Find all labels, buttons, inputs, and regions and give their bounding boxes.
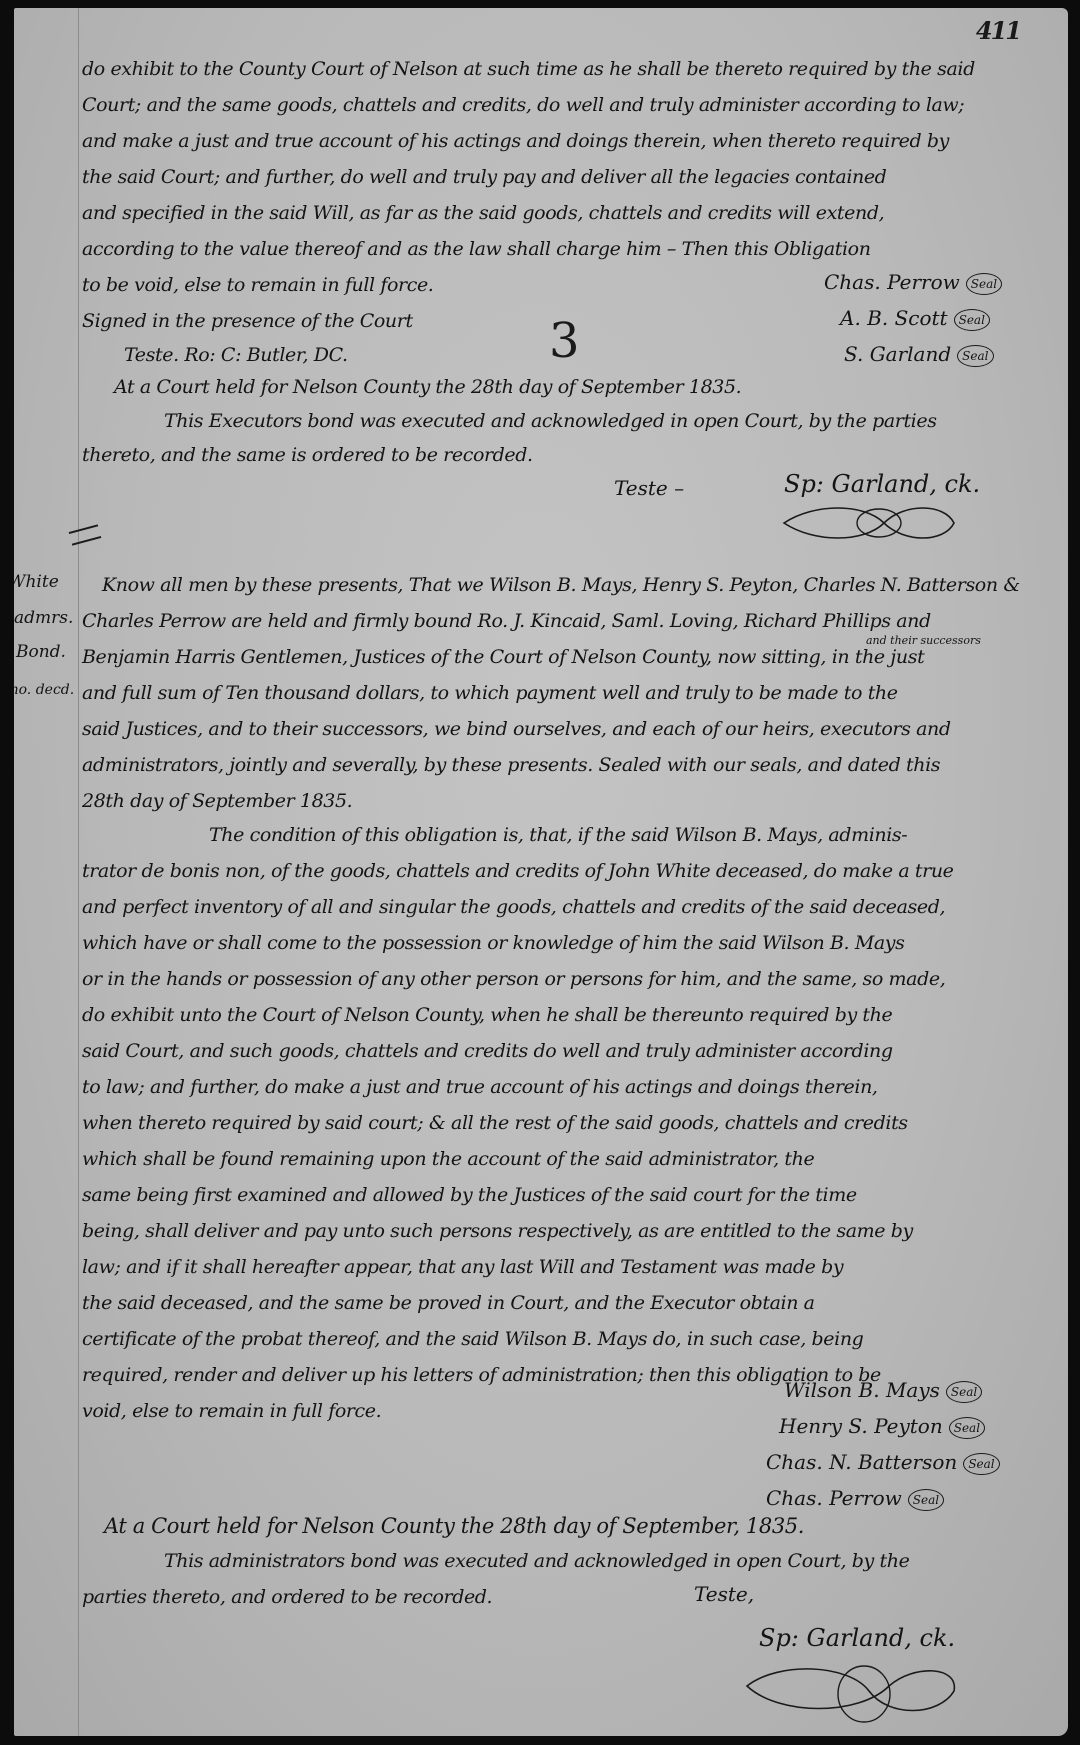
text-line: do exhibit to the County Court of Nelson… — [82, 58, 1050, 80]
text-line: the said deceased, and the same be prove… — [82, 1292, 1050, 1314]
signature: Chas. PerrowSeal — [824, 270, 1002, 295]
signature: Wilson B. MaysSeal — [784, 1378, 982, 1403]
text-line: trator de bonis non, of the goods, chatt… — [82, 860, 1050, 882]
seal-icon: Seal — [946, 1381, 982, 1403]
text-line: thereto, and the same is ordered to be r… — [82, 444, 1050, 466]
text-line: and perfect inventory of all and singula… — [82, 896, 1050, 918]
text-line: according to the value thereof and as th… — [82, 238, 1050, 260]
signature-flourish-icon — [739, 1656, 969, 1731]
signature: Henry S. PeytonSeal — [779, 1414, 985, 1439]
signatory-name: Henry S. Peyton — [779, 1414, 943, 1438]
text-line: and specified in the said Will, as far a… — [82, 202, 1050, 224]
text-line: and full sum of Ten thousand dollars, to… — [82, 682, 1050, 704]
signatory-name: A. B. Scott — [840, 306, 948, 330]
text-line: same being first examined and allowed by… — [82, 1184, 1050, 1206]
brace-mark: 3 — [549, 313, 580, 369]
text-line: administrators, jointly and severally, b… — [82, 754, 1050, 776]
clerk-signature: Sp: Garland, ck. — [759, 1624, 955, 1652]
text-line: being, shall deliver and pay unto such p… — [82, 1220, 1050, 1242]
text-line: This Executors bond was executed and ack… — [164, 410, 1050, 432]
margin-note-line: admrs. — [14, 608, 73, 628]
text-line: Benjamin Harris Gentlemen, Justices of t… — [82, 646, 1050, 668]
teste-label: Teste, — [694, 1582, 754, 1606]
court-heading: At a Court held for Nelson County the 28… — [114, 376, 1050, 398]
text-line: This administrators bond was executed an… — [164, 1550, 1050, 1572]
teste-label: Teste – — [614, 476, 684, 500]
signature: Chas. PerrowSeal — [766, 1486, 944, 1511]
separator-mark — [69, 524, 102, 545]
text-line: The condition of this obligation is, tha… — [209, 824, 1050, 846]
text-line: to law; and further, do make a just and … — [82, 1076, 1050, 1098]
seal-icon: Seal — [954, 309, 990, 331]
signature: Chas. N. BattersonSeal — [766, 1450, 1000, 1475]
margin-note-line: White — [14, 572, 59, 592]
text-line: do exhibit unto the Court of Nelson Coun… — [82, 1004, 1050, 1026]
clerk-signature: Sp: Garland, ck. — [784, 470, 980, 498]
text-line: Charles Perrow are held and firmly bound… — [82, 610, 1050, 632]
signatory-name: Chas. Perrow — [766, 1486, 902, 1510]
text-line: the said Court; and further, do well and… — [82, 166, 1050, 188]
signature-flourish-icon — [774, 498, 964, 548]
signature: A. B. ScottSeal — [840, 306, 990, 331]
text-line: law; and if it shall hereafter appear, t… — [82, 1256, 1050, 1278]
signatory-name: Chas. N. Batterson — [766, 1450, 957, 1474]
seal-icon: Seal — [957, 345, 993, 367]
seal-icon: Seal — [949, 1417, 985, 1439]
ledger-page: 411 do exhibit to the County Court of Ne… — [14, 8, 1068, 1736]
text-line: Court; and the same goods, chattels and … — [82, 94, 1050, 116]
text-line: Know all men by these presents, That we … — [102, 574, 1050, 596]
text-line: and make a just and true account of his … — [82, 130, 1050, 152]
seal-icon: Seal — [966, 273, 1002, 295]
margin-note-line: Jno. decd. — [14, 682, 74, 698]
text-line: said Court, and such goods, chattels and… — [82, 1040, 1050, 1062]
text-line: 28th day of September 1835. — [82, 790, 1050, 812]
text-line: said Justices, and to their successors, … — [82, 718, 1050, 740]
text-line: when thereto required by said court; & a… — [82, 1112, 1050, 1134]
seal-icon: Seal — [963, 1453, 999, 1475]
signatory-name: Wilson B. Mays — [784, 1378, 940, 1402]
signature: S. GarlandSeal — [844, 342, 994, 367]
court-heading: At a Court held for Nelson County the 28… — [104, 1514, 1050, 1538]
margin-note-line: Bond. — [16, 642, 66, 662]
text-line: which shall be found remaining upon the … — [82, 1148, 1050, 1170]
seal-icon: Seal — [908, 1489, 944, 1511]
text-line: parties thereto, and ordered to be recor… — [82, 1586, 1050, 1608]
text-line: or in the hands or possession of any oth… — [82, 968, 1050, 990]
signatory-name: Chas. Perrow — [824, 270, 960, 294]
signatory-name: S. Garland — [844, 342, 951, 366]
text-line: which have or shall come to the possessi… — [82, 932, 1050, 954]
text-line: certificate of the probat thereof, and t… — [82, 1328, 1050, 1350]
page-number: 411 — [976, 16, 1020, 45]
margin-rule — [78, 8, 79, 1736]
